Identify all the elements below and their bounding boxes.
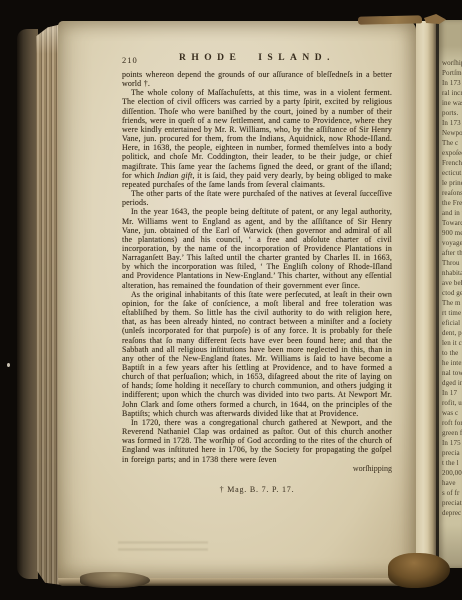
adjacent-page-line: t the l: [442, 458, 462, 468]
paragraph: In the year 1643, the people being deſti…: [122, 207, 392, 289]
adjacent-page-line: In 173: [442, 78, 462, 88]
adjacent-page-line: In 173: [442, 118, 462, 128]
body-text: points whereon depend the grounds of our…: [122, 70, 392, 464]
adjacent-page-line: dged in: [442, 378, 462, 388]
adjacent-page-line: roft for: [442, 418, 462, 428]
adjacent-page-line: rofit, u: [442, 398, 462, 408]
paragraph: The other parts of the ſtate were purcha…: [122, 189, 392, 207]
adjacent-page-line: rt time: [442, 308, 462, 318]
adjacent-page-line: ine was: [442, 98, 462, 108]
dust-speck: [7, 363, 10, 367]
adjacent-page-line: In 175: [442, 438, 462, 448]
adjacent-page-line: le princ: [442, 178, 462, 188]
adjacent-page-text: worſhippiPortſmouthIn 173ral increine wa…: [439, 20, 462, 518]
paragraph: As the original inhabitants of this ſtat…: [122, 290, 392, 418]
worn-edge-bottom-left: [80, 572, 150, 588]
page-right-curl: [416, 21, 437, 581]
page-content: 210 RHODE ISLAND. points whereon depend …: [122, 53, 392, 494]
adjacent-page-line: ctod ge: [442, 288, 462, 298]
adjacent-page-line: voyage t: [442, 238, 462, 248]
torn-edge-top: [358, 15, 422, 24]
paragraph: The whole colony of Maſſachuſetts, at th…: [122, 88, 392, 189]
text-segment: In 1720, there was a congregational chur…: [122, 418, 392, 464]
adjacent-page-line: and in th: [442, 208, 462, 218]
adjacent-page-line: ecticut.: [442, 168, 462, 178]
adjacent-page-line: to the: [442, 348, 462, 358]
worn-corner-bottom-right: [388, 553, 450, 588]
adjacent-page-line: 900 mer: [442, 228, 462, 238]
adjacent-page-line: ave beha: [442, 278, 462, 288]
adjacent-page-line: The c: [442, 138, 462, 148]
italic-text: Indian gift: [157, 171, 192, 180]
text-segment: In the year 1643, the people being deſti…: [122, 207, 392, 289]
adjacent-page-line: ports.: [442, 108, 462, 118]
adjacent-page-line: French f: [442, 158, 462, 168]
adjacent-page-strip: worſhippiPortſmouthIn 173ral increine wa…: [439, 20, 462, 568]
adjacent-page-line: was c: [442, 408, 462, 418]
paragraph: In 1720, there was a congregational chur…: [122, 418, 392, 464]
paragraph: points whereon depend the grounds of our…: [122, 70, 392, 88]
adjacent-page-line: Throu: [442, 258, 462, 268]
adjacent-page-line: worſhippi: [442, 58, 462, 68]
text-segment: As the original inhabitants of this ſtat…: [122, 290, 392, 418]
show-through-text: [118, 539, 208, 553]
adjacent-page-line: 200,00: [442, 468, 462, 478]
adjacent-page-line: have: [442, 478, 462, 488]
adjacent-page-line: after the: [442, 248, 462, 258]
adjacent-page-line: ral incre: [442, 88, 462, 98]
adjacent-page-line: nhabitan: [442, 268, 462, 278]
page-header: 210 RHODE ISLAND.: [122, 53, 392, 67]
adjacent-page-line: len it c: [442, 338, 462, 348]
adjacent-page-line: deprec: [442, 508, 462, 518]
adjacent-page-line: Portſmouth: [442, 68, 462, 78]
adjacent-page-line: dent, p: [442, 328, 462, 338]
adjacent-page-line: preciat: [442, 498, 462, 508]
photo-background: 210 RHODE ISLAND. points whereon depend …: [0, 0, 462, 600]
book-spine: [17, 29, 38, 579]
text-segment: points whereon depend the grounds of our…: [122, 70, 392, 88]
page-number: 210: [122, 55, 138, 65]
adjacent-page-line: precia: [442, 448, 462, 458]
adjacent-page-line: s of fr: [442, 488, 462, 498]
adjacent-page-line: reaſons,: [442, 188, 462, 198]
catchword: worſhipping: [122, 464, 392, 473]
text-segment: The other parts of the ſtate were purcha…: [122, 189, 392, 207]
adjacent-page-line: green f: [442, 428, 462, 438]
text-segment: The whole colony of Maſſachuſetts, at th…: [122, 88, 392, 179]
adjacent-page-line: The m: [442, 298, 462, 308]
book-page: 210 RHODE ISLAND. points whereon depend …: [58, 21, 416, 580]
adjacent-page-line: expoſed: [442, 148, 462, 158]
footnote: † Mag. B. 7. P. 17.: [122, 485, 392, 494]
running-title: RHODE ISLAND.: [122, 53, 392, 63]
adjacent-page-line: In 17: [442, 388, 462, 398]
adjacent-page-line: he inter: [442, 358, 462, 368]
adjacent-page-line: nal tow: [442, 368, 462, 378]
adjacent-page-line: eficial b: [442, 318, 462, 328]
adjacent-page-line: the Fre: [442, 198, 462, 208]
adjacent-page-line: Toward: [442, 218, 462, 228]
adjacent-page-line: Newport.: [442, 128, 462, 138]
